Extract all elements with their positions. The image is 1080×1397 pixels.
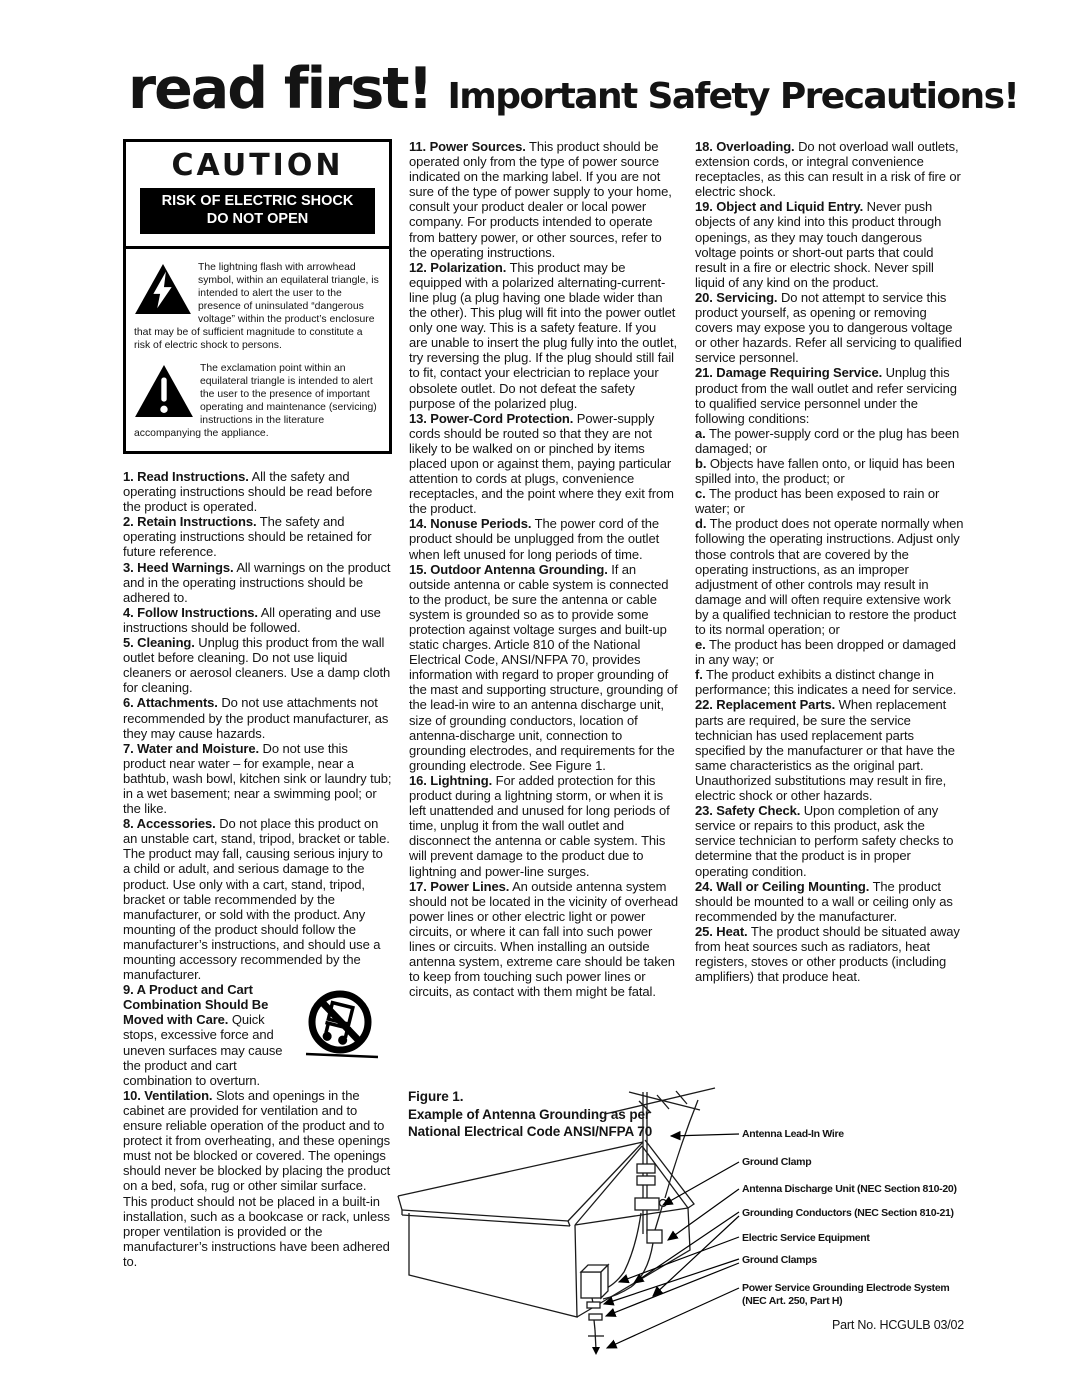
instruction-item: c. The product has been exposed to rain …	[695, 486, 964, 516]
instruction-label: b.	[695, 456, 706, 471]
instruction-list-1-8: 1. Read Instructions. All the safety and…	[123, 469, 392, 982]
instruction-text: When replacement parts are required, be …	[695, 697, 955, 803]
instruction-label: 8. Accessories.	[123, 816, 216, 831]
instruction-label: 6. Attachments.	[123, 695, 218, 710]
instruction-item: 1. Read Instructions. All the safety and…	[123, 469, 392, 514]
instruction-item: f. The product exhibits a distinct chang…	[695, 667, 964, 697]
instruction-label: 19. Object and Liquid Entry.	[695, 199, 863, 214]
instruction-label: 3. Heed Warnings.	[123, 560, 234, 575]
instruction-label: 5. Cleaning.	[123, 635, 195, 650]
figure-label: Ground Clamp	[742, 1156, 973, 1169]
instruction-item: 3. Heed Warnings. All warnings on the pr…	[123, 560, 392, 605]
instruction-item: 5. Cleaning. Unplug this product from th…	[123, 635, 392, 695]
instruction-text: If an outside antenna or cable system is…	[409, 562, 677, 773]
instruction-text: Do not place this product on an unstable…	[123, 816, 390, 982]
instruction-label: 14. Nonuse Periods.	[409, 516, 531, 531]
instruction-label: 2. Retain Instructions.	[123, 514, 257, 529]
no-cart-tipping-icon	[302, 988, 378, 1066]
title-subtitle: Important Safety Precautions!	[448, 76, 1019, 117]
instruction-label: 23. Safety Check.	[695, 803, 800, 818]
instruction-label: 20. Servicing.	[695, 290, 777, 305]
figure-antenna-grounding: Figure 1. Example of Antenna Grounding a…	[395, 1082, 970, 1384]
instruction-item-9: 9. A Product and Cart Combination Should…	[123, 982, 392, 1088]
instruction-label: d.	[695, 516, 706, 531]
instruction-text: This product may be equipped with a pola…	[409, 260, 677, 411]
manual-page: read first! Important Safety Precautions…	[0, 0, 1080, 1397]
caution-banner-line1: RISK OF ELECTRIC SHOCK	[142, 192, 373, 210]
instruction-item: 20. Servicing. Do not attempt to service…	[695, 290, 964, 365]
instruction-item: b. Objects have fallen onto, or liquid h…	[695, 456, 964, 486]
instruction-label: 15. Outdoor Antenna Grounding.	[409, 562, 608, 577]
instruction-item: 21. Damage Requiring Service. Unplug thi…	[695, 365, 964, 425]
instruction-item: 17. Power Lines. An outside antenna syst…	[409, 879, 678, 1000]
instruction-list-18-25: 18. Overloading. Do not overload wall ou…	[695, 139, 964, 984]
instruction-item: 16. Lightning. For added protection for …	[409, 773, 678, 879]
instruction-label: e.	[695, 637, 706, 652]
lightning-triangle-icon	[134, 263, 192, 319]
instruction-label: 21. Damage Requiring Service.	[695, 365, 882, 380]
instruction-item: 6. Attachments. Do not use attachments n…	[123, 695, 392, 740]
instruction-item: 15. Outdoor Antenna Grounding. If an out…	[409, 562, 678, 773]
instruction-label: 4. Follow Instructions.	[123, 605, 258, 620]
figure-label: Antenna Discharge Unit (NEC Section 810-…	[742, 1183, 973, 1196]
instruction-label: 16. Lightning.	[409, 773, 492, 788]
lightning-warning-note: The lightning flash with arrowhead symbo…	[134, 261, 381, 352]
instruction-item: 24. Wall or Ceiling Mounting. The produc…	[695, 879, 964, 924]
instruction-label: 18. Overloading.	[695, 139, 795, 154]
instruction-item: 7. Water and Moisture. Do not use this p…	[123, 741, 392, 816]
instruction-item: d. The product does not operate normally…	[695, 516, 964, 637]
figure-label: Grounding Conductors (NEC Section 810-21…	[742, 1207, 973, 1220]
instruction-item: 23. Safety Check. Upon completion of any…	[695, 803, 964, 878]
instruction-item: 19. Object and Liquid Entry. Never push …	[695, 199, 964, 290]
instruction-text: This product should be operated only fro…	[409, 139, 672, 260]
instruction-item: 4. Follow Instructions. All operating an…	[123, 605, 392, 635]
figure-label: Power Service Grounding Electrode System…	[742, 1282, 973, 1308]
instruction-label: a.	[695, 426, 706, 441]
figure-label: Ground Clamps	[742, 1254, 973, 1267]
instruction-item: 14. Nonuse Periods. The power cord of th…	[409, 516, 678, 561]
instruction-item: 18. Overloading. Do not overload wall ou…	[695, 139, 964, 199]
instruction-label: 25. Heat.	[695, 924, 748, 939]
figure-label: Antenna Lead-In Wire	[742, 1128, 973, 1141]
instruction-text: An outside antenna system should not be …	[409, 879, 678, 1000]
column-left: CAUTION RISK OF ELECTRIC SHOCK DO NOT OP…	[123, 139, 392, 1269]
instruction-text: The product does not operate normally wh…	[695, 516, 963, 637]
instruction-item: 25. Heat. The product should be situated…	[695, 924, 964, 984]
caution-box-bottom: The lightning flash with arrowhead symbo…	[126, 249, 389, 451]
instruction-item: 22. Replacement Parts. When replacement …	[695, 697, 964, 803]
exclamation-warning-note: The exclamation point within an equilate…	[134, 362, 381, 440]
instruction-text: Slots and openings in the cabinet are pr…	[123, 1088, 390, 1269]
part-number: Part No. HCGULB 03/02	[832, 1318, 972, 1332]
instruction-text: Power-supply cords should be routed so t…	[409, 411, 674, 517]
caution-banner: RISK OF ELECTRIC SHOCK DO NOT OPEN	[140, 188, 375, 234]
instruction-text: For added protection for this product du…	[409, 773, 670, 879]
caution-banner-line2: DO NOT OPEN	[142, 210, 373, 228]
instruction-label: 7. Water and Moisture.	[123, 741, 259, 756]
instruction-item: e. The product has been dropped or damag…	[695, 637, 964, 667]
instruction-label: f.	[695, 667, 703, 682]
instruction-label: 12. Polarization.	[409, 260, 506, 275]
instruction-item: 12. Polarization. This product may be eq…	[409, 260, 678, 411]
instruction-item: 10. Ventilation. Slots and openings in t…	[123, 1088, 392, 1269]
caution-box-top: CAUTION RISK OF ELECTRIC SHOCK DO NOT OP…	[126, 142, 389, 249]
instruction-text: The product has been exposed to rain or …	[695, 486, 939, 516]
instruction-item: 11. Power Sources. This product should b…	[409, 139, 678, 260]
instruction-item: 13. Power-Cord Protection. Power-supply …	[409, 411, 678, 517]
instruction-list-10: 10. Ventilation. Slots and openings in t…	[123, 1088, 392, 1269]
instruction-label: 13. Power-Cord Protection.	[409, 411, 573, 426]
instruction-label: 24. Wall or Ceiling Mounting.	[695, 879, 869, 894]
figure-label: Electric Service Equipment	[742, 1232, 973, 1245]
instruction-label: 11. Power Sources.	[409, 139, 526, 154]
figure-labels: Antenna Lead-In WireGround ClampAntenna …	[395, 1082, 970, 1384]
instruction-item: 8. Accessories. Do not place this produc…	[123, 816, 392, 982]
instruction-text: The product has been dropped or damaged …	[695, 637, 956, 667]
instruction-label: 17. Power Lines.	[409, 879, 509, 894]
exclamation-triangle-icon	[134, 364, 194, 422]
instruction-label: 1. Read Instructions.	[123, 469, 249, 484]
instruction-item: a. The power-supply cord or the plug has…	[695, 426, 964, 456]
caution-heading: CAUTION	[134, 148, 381, 183]
instruction-item: 2. Retain Instructions. The safety and o…	[123, 514, 392, 559]
instruction-label: c.	[695, 486, 706, 501]
instruction-list-11-17: 11. Power Sources. This product should b…	[409, 139, 678, 999]
instruction-text: The power-supply cord or the plug has be…	[695, 426, 959, 456]
caution-box: CAUTION RISK OF ELECTRIC SHOCK DO NOT OP…	[123, 139, 392, 454]
instruction-label: 22. Replacement Parts.	[695, 697, 835, 712]
instruction-text: Objects have fallen onto, or liquid has …	[695, 456, 955, 486]
page-title: read first! Important Safety Precautions…	[128, 56, 1018, 122]
instruction-text: The product exhibits a distinct change i…	[695, 667, 956, 697]
title-lead: read first!	[128, 56, 432, 122]
instruction-label: 10. Ventilation.	[123, 1088, 212, 1103]
